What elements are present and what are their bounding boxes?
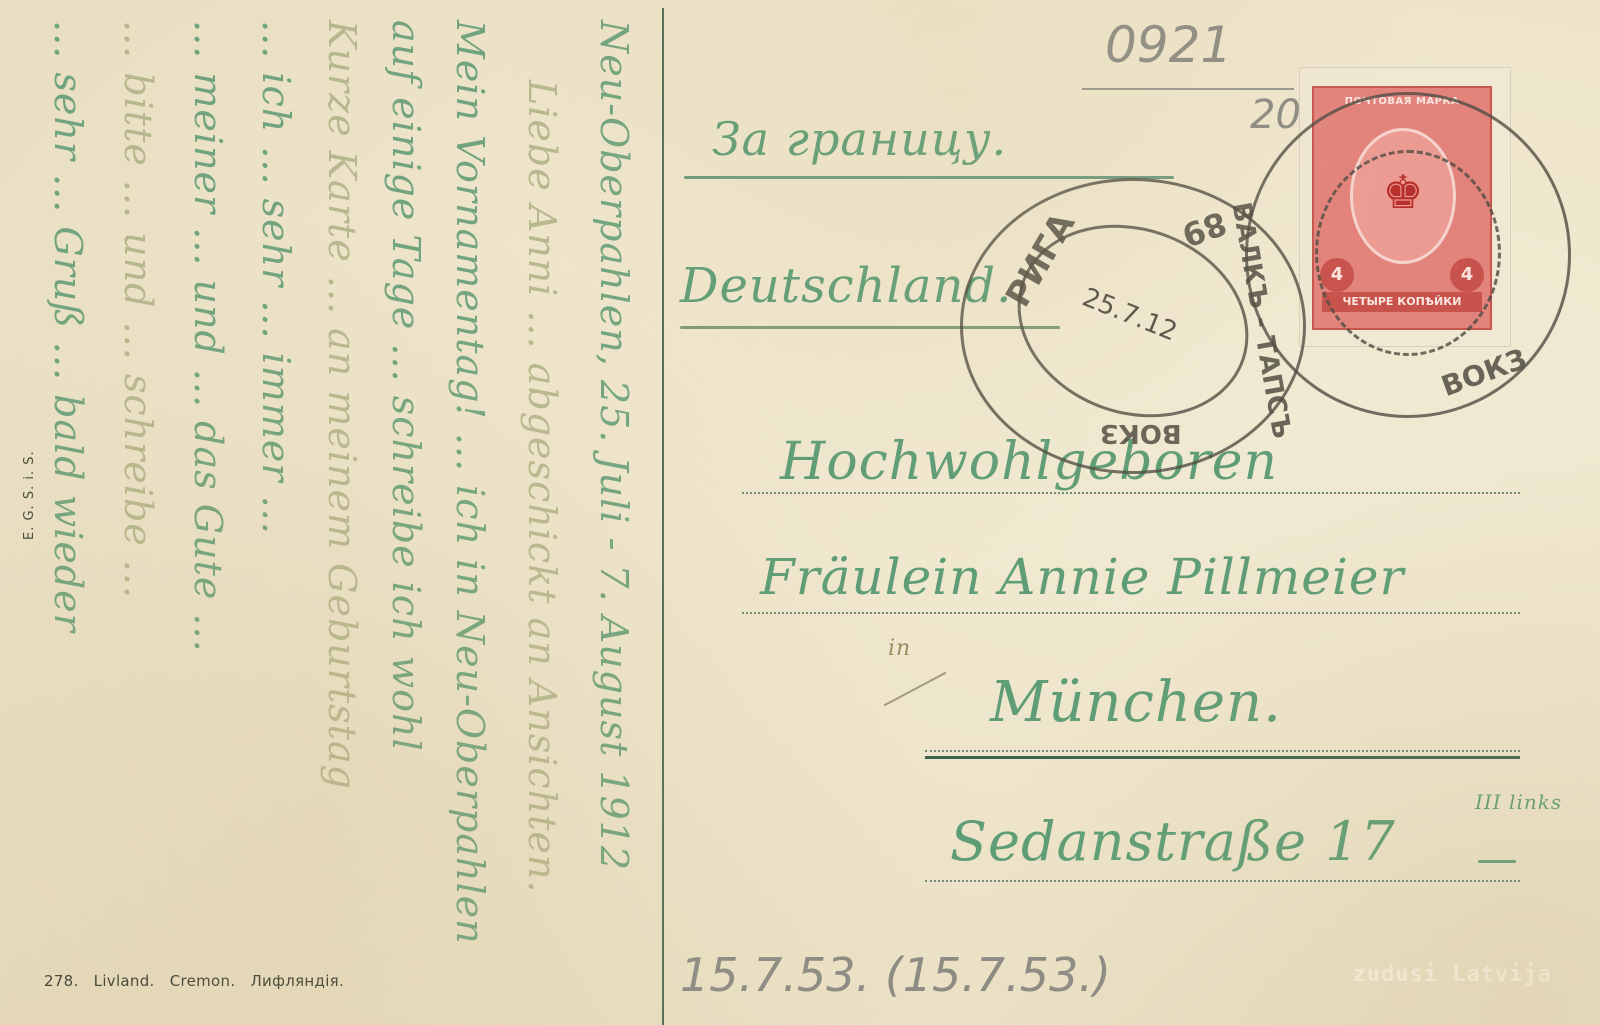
message-line: Kurze Karte ... an meinem Geburtstag [320, 20, 364, 790]
postmark-riga-bottom-text: ВОКЗ [1100, 418, 1182, 448]
recipient-name: Fräulein Annie Pillmeier [760, 548, 1404, 606]
pencil-sub-number: 20 [1250, 92, 1301, 138]
publisher-mark: E. G. S. i. S. [22, 450, 37, 540]
center-divider [662, 8, 664, 1025]
floor-note: III links [1475, 790, 1562, 814]
watermark: zudusi Latvija [1353, 962, 1552, 987]
handwritten-message: Neu-Oberpahlen, 25. Juli - 7. August 191… [0, 0, 660, 1000]
printed-caption: 278. Livland. Cremon. Лифляндія. [44, 972, 344, 990]
pencil-catalog-number: 0921 [1105, 16, 1232, 74]
address-line-1 [742, 492, 1520, 494]
postmark-valk-tapa-inner-ring [1315, 150, 1501, 356]
message-line: ... sehr ... Gruß ... bald wieder [46, 20, 90, 633]
pencil-stroke [884, 672, 947, 707]
address-line-3 [925, 750, 1520, 752]
message-side: Neu-Oberpahlen, 25. Juli - 7. August 191… [0, 0, 660, 1025]
dash-mark [1478, 860, 1516, 863]
address-line-2 [742, 612, 1520, 614]
message-line: Liebe Anni ... abgeschickt an Ansichten. [520, 80, 564, 893]
message-line: ... bitte ... und ... schreibe ... [116, 20, 160, 599]
street: Sedanstraße 17 [950, 810, 1396, 873]
message-line: Mein Vornamentag! ... ich in Neu-Oberpah… [448, 20, 492, 945]
city-underline [925, 756, 1520, 759]
pencil-rule [1082, 88, 1294, 90]
message-line: Neu-Oberpahlen, 25. Juli - 7. August 191… [592, 20, 636, 871]
message-line: auf einige Tage ... schreibe ich wohl [384, 20, 428, 752]
in-label: in [888, 636, 911, 661]
address-line-4 [925, 880, 1520, 882]
message-line: ... ich ... sehr ... immer ... [254, 20, 298, 535]
city: München. [990, 670, 1282, 735]
pencil-dates: 15.7.53. (15.7.53.) [680, 948, 1111, 1002]
message-line: ... meiner ... und ... das Gute ... [186, 20, 230, 653]
route-note: За границу. [712, 112, 1007, 166]
route-note-strikethrough [684, 176, 1174, 179]
postcard: Neu-Oberpahlen, 25. Juli - 7. August 191… [0, 0, 1600, 1025]
